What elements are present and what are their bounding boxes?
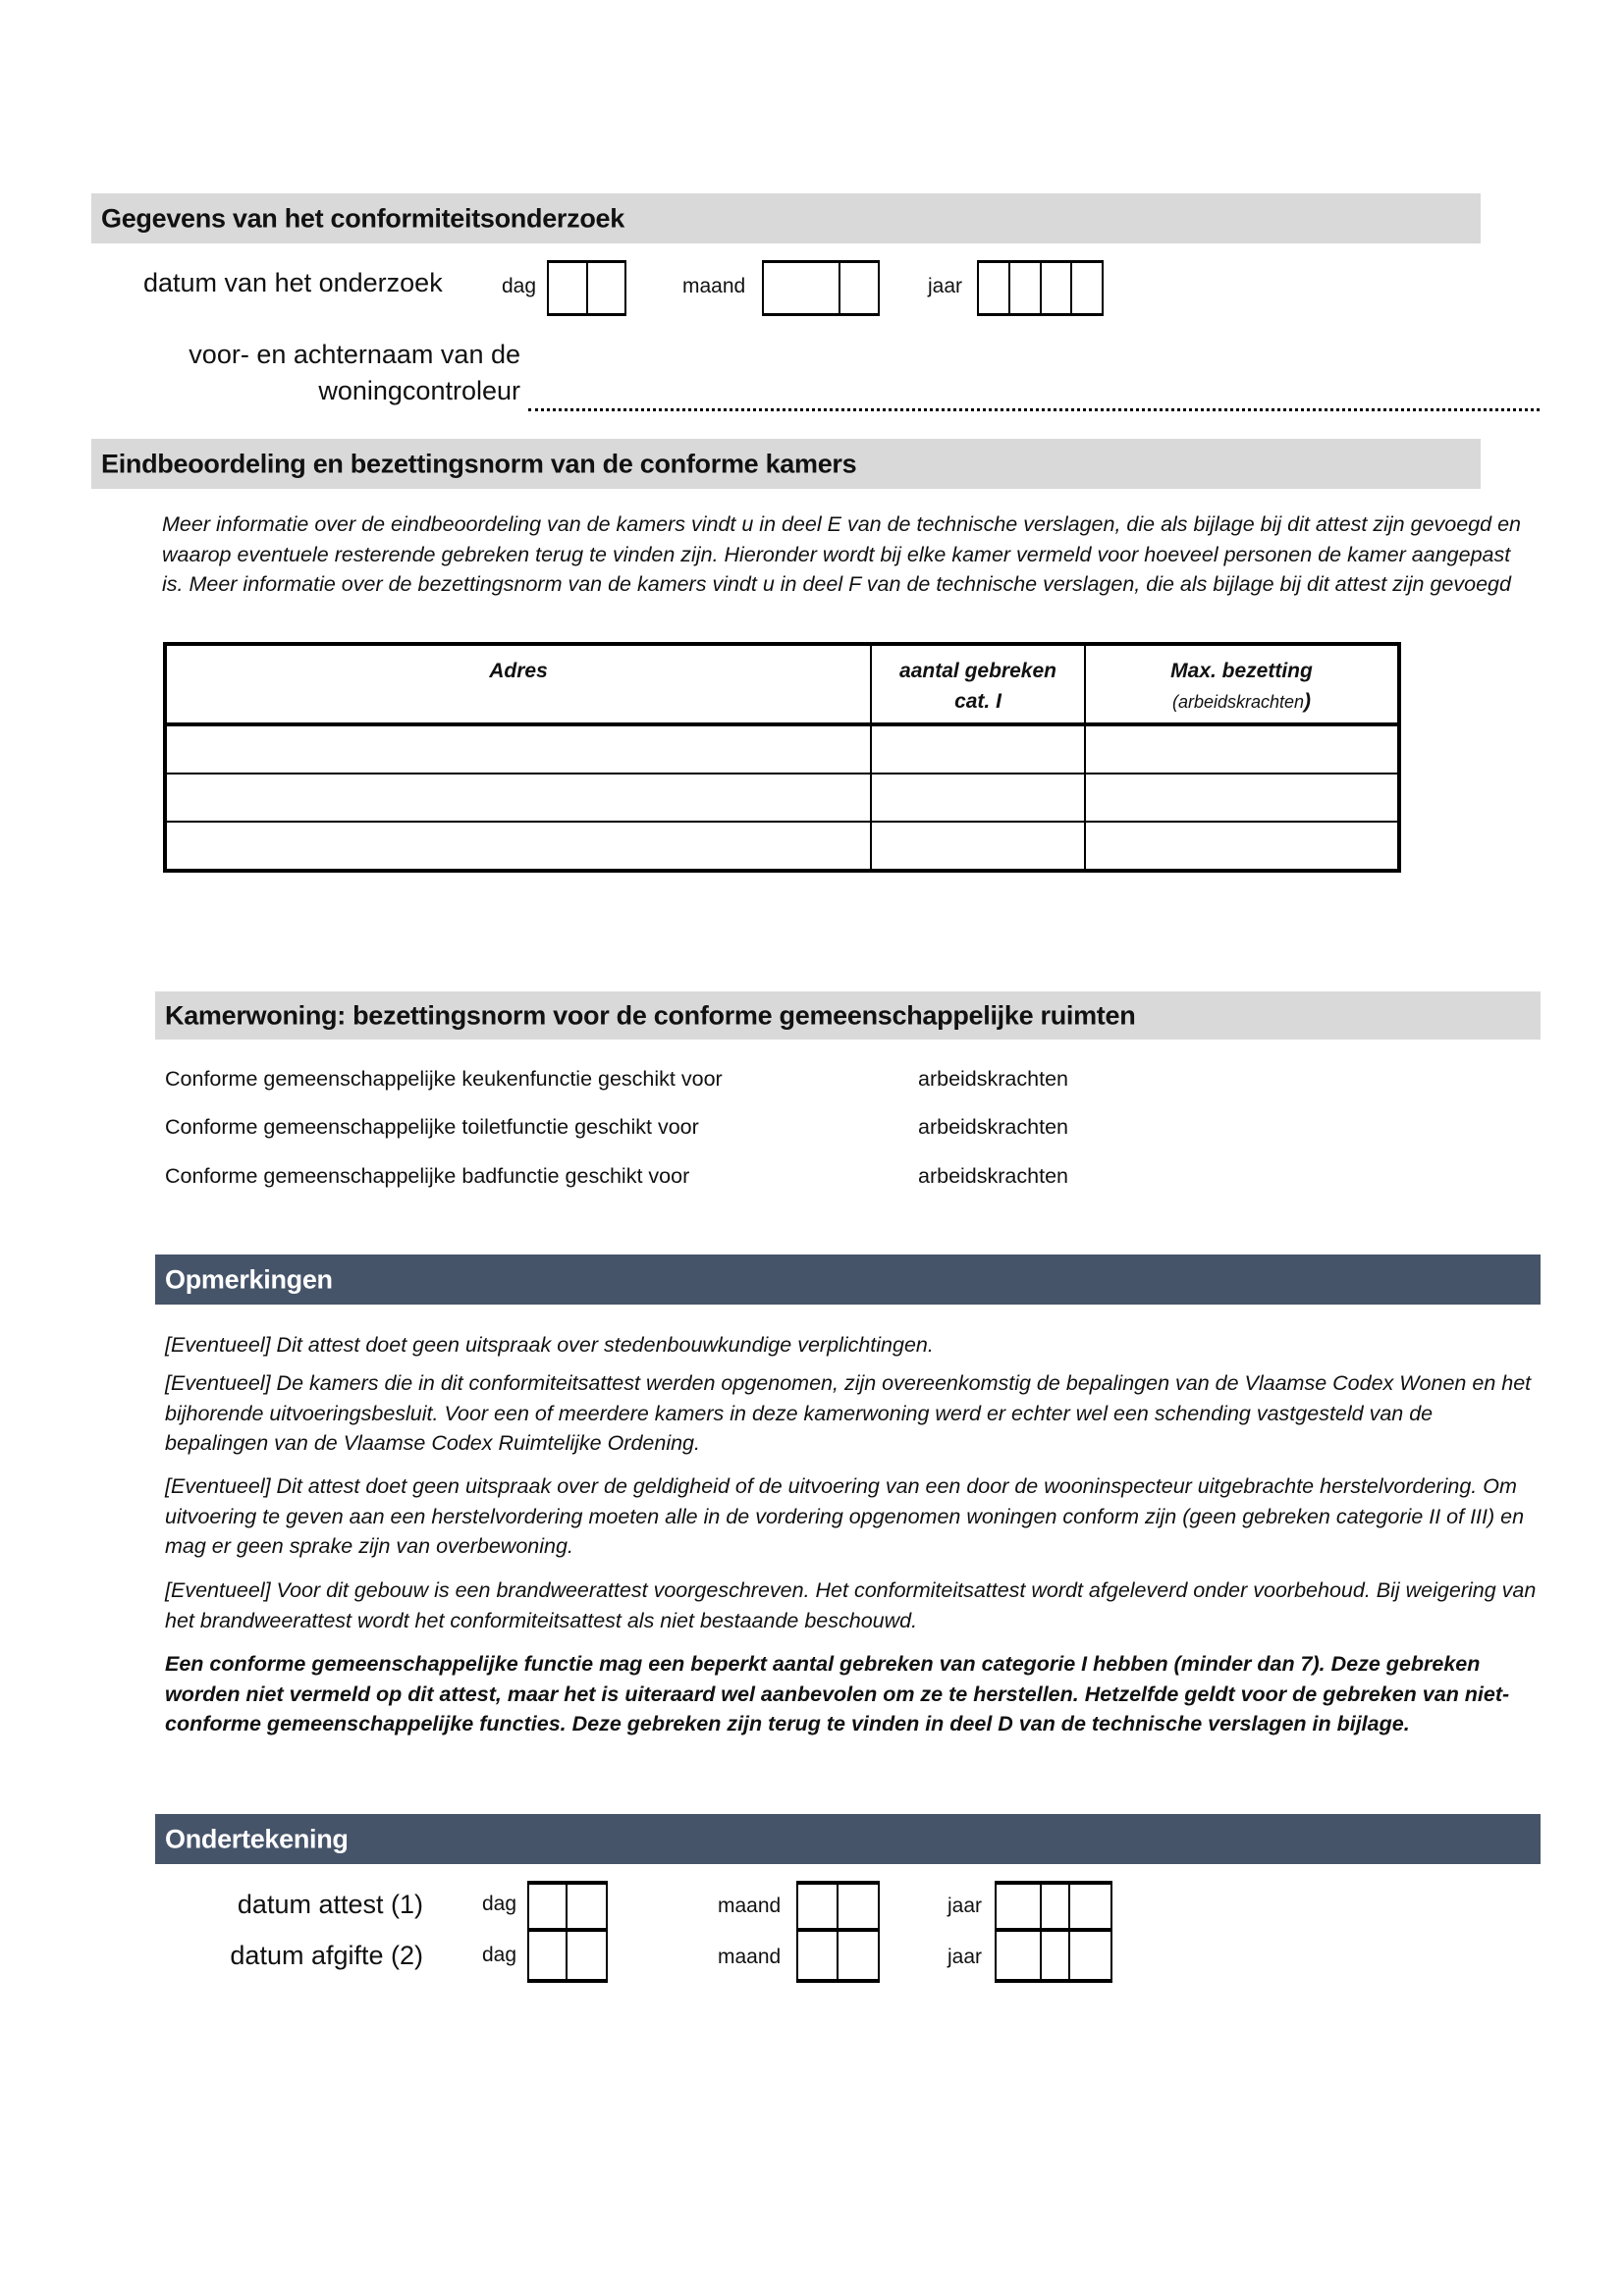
section-header-onderzoek: Gegevens van het conformiteitsonderzoek bbox=[91, 193, 1481, 243]
digit-cell[interactable] bbox=[1042, 1885, 1070, 1932]
inspection-month-field[interactable] bbox=[762, 260, 880, 316]
remark-paragraph: [Eventueel] De kamers die in dit conform… bbox=[165, 1368, 1540, 1459]
bezetting-unit: (arbeidskrachten bbox=[1172, 692, 1304, 712]
day-label: dag bbox=[482, 1944, 516, 1967]
remark-paragraph: [Eventueel] Voor dit gebouw is een brand… bbox=[165, 1575, 1540, 1635]
column-header-gebreken: aantal gebreken cat. I bbox=[871, 644, 1085, 724]
adres-cell[interactable] bbox=[165, 724, 871, 774]
section-header-ondertekening: Ondertekening bbox=[155, 1814, 1541, 1864]
signature-year-fields[interactable] bbox=[995, 1881, 1112, 1983]
column-header-bezetting: Max. bezetting (arbeidskrachten) bbox=[1085, 644, 1399, 724]
digit-cell[interactable] bbox=[1072, 263, 1102, 313]
section-header-gemeenschappelijk: Kamerwoning: bezettingsnorm voor de conf… bbox=[155, 991, 1541, 1040]
digit-cell[interactable] bbox=[529, 1885, 568, 1932]
toilet-unit: arbeidskrachten bbox=[918, 1115, 1068, 1140]
month-label: maand bbox=[718, 1895, 781, 1918]
adres-cell[interactable] bbox=[165, 822, 871, 871]
digit-cell[interactable] bbox=[1042, 263, 1073, 313]
digit-cell[interactable] bbox=[1042, 1932, 1070, 1979]
inspector-name-label-line2: woningcontroleur bbox=[318, 376, 520, 406]
table-row bbox=[165, 822, 1399, 871]
digit-cell[interactable] bbox=[588, 263, 625, 313]
digit-cell[interactable] bbox=[764, 263, 840, 313]
digit-cell[interactable] bbox=[798, 1932, 839, 1979]
gebreken-cell[interactable] bbox=[871, 774, 1085, 822]
digit-cell[interactable] bbox=[798, 1885, 839, 1932]
digit-cell[interactable] bbox=[1070, 1932, 1110, 1979]
bezetting-cell[interactable] bbox=[1085, 822, 1399, 871]
section-title: Gegevens van het conformiteitsonderzoek bbox=[101, 203, 624, 234]
toilet-label: Conforme gemeenschappelijke toiletfuncti… bbox=[165, 1115, 699, 1140]
section-title: Opmerkingen bbox=[165, 1264, 333, 1295]
signature-month-fields[interactable] bbox=[796, 1881, 880, 1983]
bad-value[interactable] bbox=[844, 1164, 913, 1190]
digit-cell[interactable] bbox=[529, 1932, 568, 1979]
section-title: Ondertekening bbox=[165, 1824, 349, 1854]
attest-date-label: datum attest (1) bbox=[238, 1890, 423, 1920]
year-label: jaar bbox=[928, 275, 962, 298]
digit-cell[interactable] bbox=[997, 1932, 1042, 1979]
keuken-unit: arbeidskrachten bbox=[918, 1067, 1068, 1092]
gebreken-cell[interactable] bbox=[871, 724, 1085, 774]
date-of-inspection-label: datum van het onderzoek bbox=[143, 268, 443, 298]
digit-cell[interactable] bbox=[839, 1885, 879, 1932]
remark-paragraph: [Eventueel] Dit attest doet geen uitspra… bbox=[165, 1471, 1540, 1562]
section-title: Kamerwoning: bezettingsnorm voor de conf… bbox=[165, 1000, 1135, 1031]
bezetting-cell[interactable] bbox=[1085, 774, 1399, 822]
section-header-opmerkingen: Opmerkingen bbox=[155, 1255, 1541, 1305]
column-header-adres: Adres bbox=[165, 644, 871, 724]
inspection-day-field[interactable] bbox=[547, 260, 626, 316]
signature-day-fields[interactable] bbox=[527, 1881, 608, 1983]
issue-date-label: datum afgifte (2) bbox=[230, 1941, 423, 1971]
keuken-value[interactable] bbox=[844, 1067, 913, 1093]
digit-cell[interactable] bbox=[568, 1932, 606, 1979]
remark-paragraph: [Eventueel] Dit attest doet geen uitspra… bbox=[165, 1330, 1540, 1361]
inspector-name-label-line1: voor- en achternaam van de bbox=[189, 340, 520, 370]
remark-bold-note: Een conforme gemeenschappelijke functie … bbox=[165, 1649, 1540, 1739]
year-label: jaar bbox=[947, 1946, 982, 1969]
digit-cell[interactable] bbox=[839, 1932, 879, 1979]
day-label: dag bbox=[482, 1893, 516, 1916]
gebreken-cell[interactable] bbox=[871, 822, 1085, 871]
bad-unit: arbeidskrachten bbox=[918, 1164, 1068, 1189]
eindbeoordeling-intro: Meer informatie over de eindbeoordeling … bbox=[162, 509, 1537, 600]
adres-cell[interactable] bbox=[165, 774, 871, 822]
bezetting-cell[interactable] bbox=[1085, 724, 1399, 774]
month-label: maand bbox=[682, 275, 745, 298]
digit-cell[interactable] bbox=[1010, 263, 1042, 313]
digit-cell[interactable] bbox=[979, 263, 1010, 313]
section-header-eindbeoordeling: Eindbeoordeling en bezettingsnorm van de… bbox=[91, 439, 1481, 489]
digit-cell[interactable] bbox=[997, 1885, 1042, 1932]
bad-label: Conforme gemeenschappelijke badfunctie g… bbox=[165, 1164, 689, 1189]
inspection-year-field[interactable] bbox=[977, 260, 1104, 316]
digit-cell[interactable] bbox=[549, 263, 588, 313]
digit-cell[interactable] bbox=[840, 263, 878, 313]
kamers-table: Adres aantal gebreken cat. I Max. bezett… bbox=[163, 642, 1401, 873]
day-label: dag bbox=[502, 275, 536, 298]
digit-cell[interactable] bbox=[568, 1885, 606, 1932]
inspector-name-field[interactable] bbox=[528, 373, 1540, 411]
table-row bbox=[165, 774, 1399, 822]
digit-cell[interactable] bbox=[1070, 1885, 1110, 1932]
table-row bbox=[165, 724, 1399, 774]
toilet-value[interactable] bbox=[844, 1115, 913, 1141]
keuken-label: Conforme gemeenschappelijke keukenfuncti… bbox=[165, 1067, 723, 1092]
section-title: Eindbeoordeling en bezettingsnorm van de… bbox=[101, 449, 856, 479]
year-label: jaar bbox=[947, 1895, 982, 1918]
month-label: maand bbox=[718, 1946, 781, 1969]
